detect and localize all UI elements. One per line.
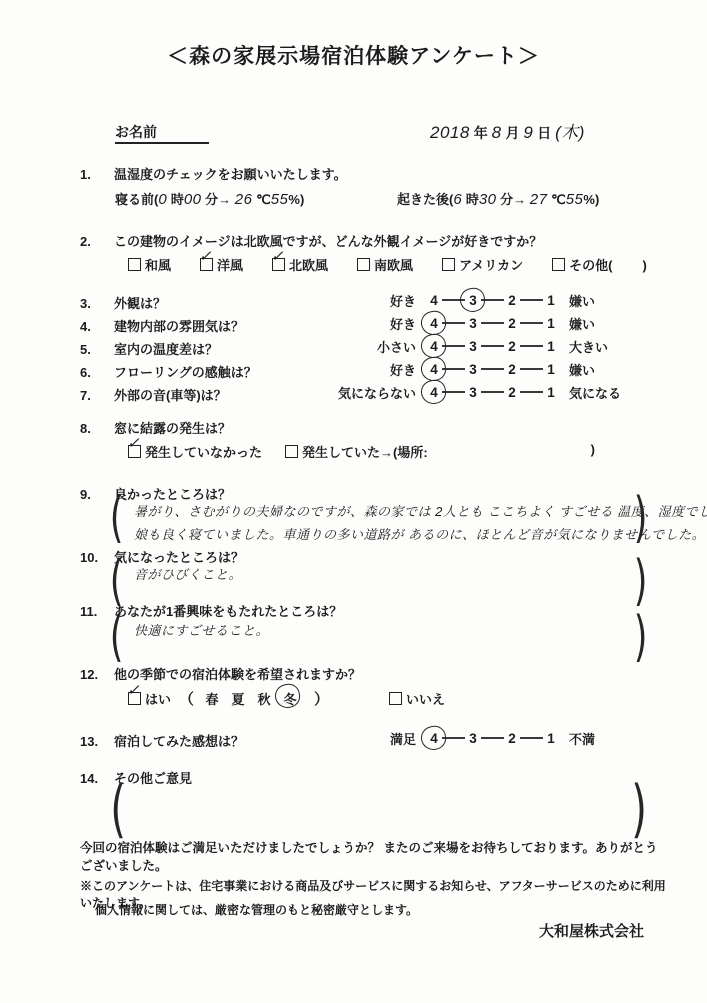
question-10-answer-box: ( 音がひびくこと。 ) xyxy=(112,560,645,600)
question-label: 宿泊してみた感想は？ xyxy=(114,734,244,749)
name-field-label: お名前 xyxy=(115,124,209,144)
date-month-label: 月 xyxy=(505,125,519,141)
handwritten-hour: 6 xyxy=(453,191,462,208)
date-year-handwritten: 2018 xyxy=(430,123,470,142)
question-label: この建物のイメージは北欧風ですが、どんな外観イメージが好きですか？ xyxy=(114,234,542,249)
checkbox: ✓ xyxy=(272,258,285,271)
privacy-note-2: 個人情報に関しては、厳密な管理のもと秘密厳守とします。 xyxy=(95,901,667,918)
checkbox-option-nanou: 南欧風 xyxy=(357,255,413,274)
handwritten-answer: 快適にすごせること。 xyxy=(112,616,645,639)
option-label: 和風 xyxy=(145,258,171,273)
rating-3: 3 xyxy=(465,385,481,400)
season-spring: 春 xyxy=(202,689,222,708)
scale-right-label: 嫌い xyxy=(569,291,595,310)
after-wake-values: 起きた後(6 時30 分→ 27 ℃55%) xyxy=(397,189,599,208)
question-12-options: ✓はい （ 春 夏 秋 冬 ） いいえ xyxy=(128,688,445,709)
option-label: 洋風 xyxy=(217,258,243,273)
question-5: 5.室内の温度差は？ 小さい 4 3 2 1 大きい xyxy=(80,339,649,358)
checkbox xyxy=(552,258,565,271)
label-part: 起きた後( xyxy=(397,192,453,207)
handwritten-humidity: 55 xyxy=(271,191,289,208)
rating-4: 4 xyxy=(426,316,442,331)
handwritten-minute: 00 xyxy=(184,191,202,208)
option-label: アメリカン xyxy=(459,258,523,273)
season-summer: 夏 xyxy=(228,689,248,708)
rating-1: 1 xyxy=(543,385,559,400)
question-number: 7. xyxy=(80,388,114,403)
handwritten-minute: 30 xyxy=(479,191,497,208)
rating-4: 4 xyxy=(426,731,442,746)
scale-line xyxy=(481,368,504,370)
checkbox-option-wafu: 和風 xyxy=(128,255,171,274)
date-field: 2018 年 8 月 9 日 (木) xyxy=(430,118,585,143)
rating-2: 2 xyxy=(504,731,520,746)
option-label: 北欧風 xyxy=(289,258,328,273)
handwritten-humidity: 55 xyxy=(566,191,584,208)
rating-2: 2 xyxy=(504,339,520,354)
question-number: 1. xyxy=(80,167,114,182)
closing-message: 今回の宿泊体験はご満足いただけましたでしょうか？ またのご来場をお待ちしておりま… xyxy=(80,838,667,874)
checkbox: ✓ xyxy=(128,445,141,458)
date-weekday-handwritten: (木) xyxy=(555,123,585,142)
question-label: フローリングの感触は？ xyxy=(114,365,257,380)
question-number: 3. xyxy=(80,296,114,311)
handwritten-temp: 27 xyxy=(530,191,548,208)
question-number: 8. xyxy=(80,421,114,436)
scale-right-label: 大きい xyxy=(569,337,608,356)
scale-line xyxy=(520,322,543,324)
question-number: 14. xyxy=(80,771,114,786)
question-4: 4.建物内部の雰囲気は？ 好き 4 3 2 1 嫌い xyxy=(80,316,649,335)
option-label: いいえ xyxy=(406,692,445,707)
checkbox xyxy=(285,445,298,458)
option-label: その他( xyxy=(569,258,612,273)
date-month-handwritten: 8 xyxy=(492,123,502,142)
date-day-handwritten: 9 xyxy=(523,123,533,142)
scale-left-label: 好き xyxy=(332,360,416,379)
answer-bracket-close: ) xyxy=(634,491,648,545)
rating-2: 2 xyxy=(504,385,520,400)
scanned-survey-page: ＜森の家展示場宿泊体験アンケート＞ お名前 2018 年 8 月 9 日 (木)… xyxy=(0,0,707,1003)
checkmark: ✓ xyxy=(127,681,140,699)
rating-scale: 好き 4 3 2 1 嫌い xyxy=(332,358,595,380)
question-number: 12. xyxy=(80,667,114,682)
scale-line xyxy=(520,368,543,370)
question-label: 外部の音(車等)は？ xyxy=(114,388,227,403)
question-3: 3.外観は？ 好き 4 3 2 1 嫌い xyxy=(80,293,649,312)
question-label: 建物内部の雰囲気は？ xyxy=(114,319,244,334)
question-7: 7.外部の音(車等)は？ 気にならない 4 3 2 1 気になる xyxy=(80,385,649,404)
scale-left-label: 小さい xyxy=(332,337,416,356)
label-part: 寝る前( xyxy=(115,192,158,207)
option-label: 発生していなかった xyxy=(145,445,262,460)
date-year-label: 年 xyxy=(474,125,488,141)
rating-1: 1 xyxy=(543,293,559,308)
question-2: 2.この建物のイメージは北欧風ですが、どんな外観イメージが好きですか？ xyxy=(80,231,649,250)
label-part: %) xyxy=(583,192,599,207)
label-part: %) xyxy=(288,192,304,207)
rating-2: 2 xyxy=(504,293,520,308)
checkmark: ✓ xyxy=(271,247,284,265)
scale-right-label: 嫌い xyxy=(569,360,595,379)
question-13: 13.宿泊してみた感想は？ 満足 4 3 2 1 不満 xyxy=(80,731,649,750)
question-label: 外観は？ xyxy=(114,296,166,311)
checkbox xyxy=(128,258,141,271)
rating-4: 4 xyxy=(426,293,442,308)
rating-scale: 満足 4 3 2 1 不満 xyxy=(332,727,595,749)
rating-3: 3 xyxy=(465,339,481,354)
answer-bracket-close: ) xyxy=(634,610,648,664)
paren-close: ） xyxy=(314,688,329,709)
handwritten-temp: 26 xyxy=(235,191,253,208)
rating-scale: 小さい 4 3 2 1 大きい xyxy=(332,335,608,357)
scale-line xyxy=(520,299,543,301)
scale-right-label: 嫌い xyxy=(569,314,595,333)
checkbox-option-hokuou: ✓北欧風 xyxy=(272,255,328,274)
checkmark: ✓ xyxy=(127,434,140,452)
question-9-answer-box: ( 暑がり、さむがりの夫婦なのですが、森の家では 2人とも ここちよく すごせる… xyxy=(112,497,645,545)
question-label: 他の季節での宿泊体験を希望されますか？ xyxy=(114,667,361,682)
season-autumn: 秋 xyxy=(254,689,274,708)
scale-line xyxy=(481,322,504,324)
rating-scale: 好き 4 3 2 1 嫌い xyxy=(332,289,595,311)
checkbox-option-condensation: 発生していた→(場所: xyxy=(285,442,428,461)
handwritten-answer: 音がひびくこと。 xyxy=(112,560,645,583)
scale-left-label: 満足 xyxy=(332,729,416,748)
question-number: 5. xyxy=(80,342,114,357)
rating-scale: 好き 4 3 2 1 嫌い xyxy=(332,312,595,334)
scale-line xyxy=(481,391,504,393)
question-number: 6. xyxy=(80,365,114,380)
answer-bracket-close: ) xyxy=(631,778,647,840)
checkmark: ✓ xyxy=(199,247,212,265)
question-8: 8.窓に結露の発生は？ xyxy=(80,418,649,437)
checkbox-option-american: アメリカン xyxy=(442,255,523,274)
question-label: 温湿度のチェックをお願いいたします。 xyxy=(114,167,347,182)
rating-1: 1 xyxy=(543,316,559,331)
checkbox xyxy=(357,258,370,271)
label-part: ℃ xyxy=(551,192,566,207)
rating-3: 3 xyxy=(465,731,481,746)
rating-2: 2 xyxy=(504,316,520,331)
question-1: 1.温湿度のチェックをお願いいたします。 xyxy=(80,164,649,183)
question-14-answer-box: ( ) xyxy=(112,784,645,836)
question-1-values: 寝る前(0 時00 分→ 26 ℃55%) 起きた後(6 時30 分→ 27 ℃… xyxy=(115,189,649,208)
question-6: 6.フローリングの感触は？ 好き 4 3 2 1 嫌い xyxy=(80,362,649,381)
label-part: 分→ xyxy=(205,192,231,207)
option-label: 発生していた→(場所: xyxy=(302,445,428,460)
checkbox-option-youfu: ✓洋風 xyxy=(200,255,243,274)
question-12: 12.他の季節での宿泊体験を希望されますか？ xyxy=(80,664,649,683)
handwritten-hour: 0 xyxy=(158,191,167,208)
checkbox-option-other: その他() xyxy=(552,255,647,274)
checkbox: ✓ xyxy=(128,692,141,705)
scale-left-label: 好き xyxy=(332,314,416,333)
scale-left-label: 好き xyxy=(332,291,416,310)
question-11-answer-box: ( 快適にすごせること。 ) xyxy=(112,616,645,656)
rating-1: 1 xyxy=(543,731,559,746)
scale-right-label: 気になる xyxy=(569,383,621,402)
rating-3: 3 xyxy=(465,362,481,377)
question-number: 2. xyxy=(80,234,114,249)
page-title: ＜森の家展示場宿泊体験アンケート＞ xyxy=(0,40,707,70)
rating-2: 2 xyxy=(504,362,520,377)
handwritten-answer-line1: 暑がり、さむがりの夫婦なのですが、森の家では 2人とも ここちよく すごせる 温… xyxy=(112,497,645,520)
rating-3: 3 xyxy=(465,316,481,331)
scale-line xyxy=(481,345,504,347)
rating-1: 1 xyxy=(543,339,559,354)
closing-paren: ) xyxy=(591,442,595,457)
checkbox-option-yes: ✓はい xyxy=(128,689,171,708)
question-number: 4. xyxy=(80,319,114,334)
paren-open: （ xyxy=(179,688,194,709)
scale-line xyxy=(520,391,543,393)
scale-right-label: 不満 xyxy=(569,729,595,748)
answer-bracket-close: ) xyxy=(634,554,648,608)
option-suffix: ) xyxy=(643,258,647,273)
scale-line xyxy=(520,737,543,739)
date-day-label: 日 xyxy=(537,125,551,141)
before-sleep-values: 寝る前(0 時00 分→ 26 ℃55%) xyxy=(115,192,304,207)
label-part: 時 xyxy=(171,192,184,207)
rating-scale: 気にならない 4 3 2 1 気になる xyxy=(332,381,621,403)
option-label: はい xyxy=(145,692,171,707)
scale-line xyxy=(520,345,543,347)
option-label: 南欧風 xyxy=(374,258,413,273)
question-2-options: 和風 ✓洋風 ✓北欧風 南欧風 アメリカン その他() xyxy=(128,255,649,274)
answer-bracket-open: ( xyxy=(110,778,126,840)
label-part: 分→ xyxy=(500,192,526,207)
company-name: 大和屋株式会社 xyxy=(539,920,644,941)
label-part: 時 xyxy=(466,192,479,207)
rating-4: 4 xyxy=(426,339,442,354)
rating-3: 3 xyxy=(465,293,481,308)
rating-1: 1 xyxy=(543,362,559,377)
checkbox-option-no-condensation: ✓発生していなかった xyxy=(128,442,262,461)
question-label: 室内の温度差は？ xyxy=(114,342,218,357)
checkbox xyxy=(442,258,455,271)
rating-4: 4 xyxy=(426,362,442,377)
name-field: お名前 xyxy=(115,122,209,142)
question-number: 13. xyxy=(80,734,114,749)
checkbox: ✓ xyxy=(200,258,213,271)
scale-line xyxy=(481,737,504,739)
checkbox xyxy=(389,692,402,705)
season-winter: 冬 xyxy=(280,689,300,708)
rating-4: 4 xyxy=(426,385,442,400)
label-part: ℃ xyxy=(256,192,271,207)
checkbox-option-no: いいえ xyxy=(389,689,445,708)
handwritten-answer-line2: 娘も良く寝ていました。車通りの多い道路が あるのに、ほとんど音が気になりませんで… xyxy=(112,520,645,543)
scale-left-label: 気にならない xyxy=(332,383,416,402)
